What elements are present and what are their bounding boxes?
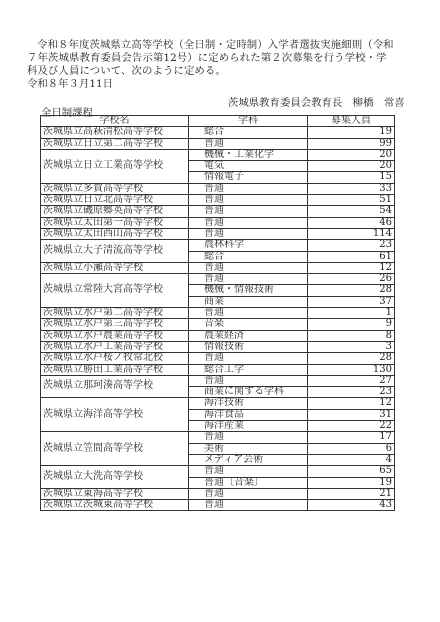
table-row: 茨城県立東海高等学校普通21 — [41, 488, 395, 499]
table-row: 茨城県立日立第二高等学校普通99 — [41, 138, 395, 149]
department-name: 普通 — [189, 308, 308, 319]
school-name: 茨城県立東海高等学校 — [41, 488, 189, 499]
recruitment-count: 17 — [308, 432, 395, 443]
table-row: 茨城県立茨城東高等学校普通43 — [41, 500, 395, 511]
table-row: 茨城県立海洋高等学校海洋技術12 — [41, 398, 395, 409]
department-name: 美術 — [189, 443, 308, 454]
recruitment-count: 43 — [308, 500, 395, 511]
department-name: 普通 — [189, 138, 308, 149]
recruitment-count: 12 — [308, 398, 395, 409]
department-name: 農業経済 — [189, 330, 308, 341]
department-name: 機械・情報技術 — [189, 285, 308, 296]
department-name: 農林科学 — [189, 240, 308, 251]
department-name: 機械・工業化学 — [189, 149, 308, 160]
recruitment-count: 3 — [308, 341, 395, 352]
recruitment-count: 61 — [308, 251, 395, 262]
department-name: 普通 — [189, 228, 308, 239]
table-row: 茨城県立勝田工業高等学校総合工学130 — [41, 364, 395, 375]
school-name: 茨城県立大洗高等学校 — [41, 466, 189, 489]
recruitment-count: 26 — [308, 274, 395, 285]
school-name: 茨城県立那珂湊高等学校 — [41, 375, 189, 398]
recruitment-count: 6 — [308, 443, 395, 454]
department-name: 海洋技術 — [189, 398, 308, 409]
department-name: 電気 — [189, 161, 308, 172]
recruitment-count: 22 — [308, 421, 395, 432]
school-name: 茨城県立日立工業高等学校 — [41, 149, 189, 183]
header-school: 学校名 — [41, 116, 189, 127]
table-row: 茨城県立水戸桜ノ牧常北校普通28 — [41, 353, 395, 364]
department-name: 情報電子 — [189, 172, 308, 183]
department-name: 普通 — [189, 500, 308, 511]
school-name: 茨城県立日立北高等学校 — [41, 195, 189, 206]
department-name: メディア芸術 — [189, 454, 308, 465]
school-name: 茨城県立多賀高等学校 — [41, 183, 189, 194]
recruitment-count: 54 — [308, 206, 395, 217]
recruitment-count: 130 — [308, 364, 395, 375]
department-name: 海洋産業 — [189, 421, 308, 432]
recruitment-count: 28 — [308, 353, 395, 364]
school-name: 茨城県立太田西山高等学校 — [41, 228, 189, 239]
department-name: 普通 — [189, 206, 308, 217]
recruitment-count: 114 — [308, 228, 395, 239]
table-row: 茨城県立磯原郷英高等学校普通54 — [41, 206, 395, 217]
department-name: 普通 — [189, 488, 308, 499]
table-row: 茨城県立水戸工業高等学校情報技術3 — [41, 341, 395, 352]
table-row: 茨城県立那珂湊高等学校普通27 — [41, 375, 395, 386]
header-count: 募集人員 — [308, 116, 395, 127]
table-header-row: 学校名 学科 募集人員 — [41, 116, 395, 127]
school-name: 茨城県立海洋高等学校 — [41, 398, 189, 432]
recruitment-count: 20 — [308, 161, 395, 172]
department-name: 音楽 — [189, 319, 308, 330]
department-name: 普通 — [189, 195, 308, 206]
school-name: 茨城県立水戸工業高等学校 — [41, 341, 189, 352]
recruitment-count: 12 — [308, 262, 395, 273]
recruitment-count: 1 — [308, 308, 395, 319]
recruitment-count: 19 — [308, 477, 395, 488]
recruitment-count: 27 — [308, 375, 395, 386]
recruitment-count: 23 — [308, 387, 395, 398]
school-name: 茨城県立太田第一高等学校 — [41, 217, 189, 228]
department-name: 総合 — [189, 127, 308, 138]
school-name: 茨城県立水戸桜ノ牧常北校 — [41, 353, 189, 364]
notice-text: 令和８年度茨城県立高等学校（全日制・定時制）入学者選抜実施細則（令和７年茨城県教… — [27, 39, 394, 77]
school-name: 茨城県立水戸第二高等学校 — [41, 308, 189, 319]
school-name: 茨城県立小瀬高等学校 — [41, 262, 189, 273]
department-name: 普通 — [189, 262, 308, 273]
recruitment-count: 65 — [308, 466, 395, 477]
table-row: 茨城県立日立北高等学校普通51 — [41, 195, 395, 206]
recruitment-count: 9 — [308, 319, 395, 330]
table-row: 茨城県立水戸第三高等学校音楽9 — [41, 319, 395, 330]
school-name: 茨城県立高萩清松高等学校 — [41, 127, 189, 138]
school-name: 茨城県立常陸大宮高等学校 — [41, 274, 189, 308]
department-name: 商業に関する学科 — [189, 387, 308, 398]
table-row: 茨城県立日立工業高等学校機械・工業化学20 — [41, 149, 395, 160]
school-name: 茨城県立笠間高等学校 — [41, 432, 189, 466]
recruitment-count: 21 — [308, 488, 395, 499]
department-name: 普通 — [189, 353, 308, 364]
recruitment-table: 学校名 学科 募集人員 茨城県立高萩清松高等学校総合19茨城県立日立第二高等学校… — [40, 115, 395, 511]
table-row: 茨城県立多賀高等学校普通33 — [41, 183, 395, 194]
department-name: 情報技術 — [189, 341, 308, 352]
notice-date: 令和８年３月11日 — [27, 78, 113, 91]
department-name: 総合工学 — [189, 364, 308, 375]
department-name: 普通 — [189, 432, 308, 443]
table-row: 茨城県立太田西山高等学校普通114 — [41, 228, 395, 239]
table-row: 茨城県立小瀬高等学校普通12 — [41, 262, 395, 273]
table-row: 茨城県立水戸農業高等学校農業経済8 — [41, 330, 395, 341]
table-row: 茨城県立水戸第二高等学校普通1 — [41, 308, 395, 319]
department-name: 総合 — [189, 251, 308, 262]
notice-paragraph: 令和８年度茨城県立高等学校（全日制・定時制）入学者選抜実施細則（令和７年茨城県教… — [27, 39, 397, 79]
header-department: 学科 — [189, 116, 308, 127]
recruitment-count: 33 — [308, 183, 395, 194]
recruitment-count: 19 — [308, 127, 395, 138]
table-row: 茨城県立太田第一高等学校普通46 — [41, 217, 395, 228]
recruitment-count: 20 — [308, 149, 395, 160]
table-row: 茨城県立大子清流高等学校農林科学23 — [41, 240, 395, 251]
table-row: 茨城県立大洗高等学校普通65 — [41, 466, 395, 477]
school-name: 茨城県立磯原郷英高等学校 — [41, 206, 189, 217]
school-name: 茨城県立大子清流高等学校 — [41, 240, 189, 263]
department-name: 普通 — [189, 274, 308, 285]
table-row: 茨城県立笠間高等学校普通17 — [41, 432, 395, 443]
department-name: 商業 — [189, 296, 308, 307]
table-row: 茨城県立高萩清松高等学校総合19 — [41, 127, 395, 138]
school-name: 茨城県立水戸第三高等学校 — [41, 319, 189, 330]
recruitment-count: 31 — [308, 409, 395, 420]
recruitment-count: 23 — [308, 240, 395, 251]
recruitment-count: 4 — [308, 454, 395, 465]
recruitment-count: 51 — [308, 195, 395, 206]
notice-signature: 茨城県教育委員会教育長 柳橋 常喜 — [228, 97, 405, 110]
department-name: 普通 — [189, 375, 308, 386]
recruitment-count: 46 — [308, 217, 395, 228]
school-name: 茨城県立水戸農業高等学校 — [41, 330, 189, 341]
recruitment-count: 15 — [308, 172, 395, 183]
department-name: 普通 — [189, 217, 308, 228]
department-name: 普通 — [189, 466, 308, 477]
recruitment-count: 99 — [308, 138, 395, 149]
recruitment-count: 37 — [308, 296, 395, 307]
recruitment-count: 28 — [308, 285, 395, 296]
department-name: 普通 — [189, 183, 308, 194]
recruitment-count: 8 — [308, 330, 395, 341]
table-row: 茨城県立常陸大宮高等学校普通26 — [41, 274, 395, 285]
department-name: 普通〔音楽〕 — [189, 477, 308, 488]
table-body: 茨城県立高萩清松高等学校総合19茨城県立日立第二高等学校普通99茨城県立日立工業… — [41, 127, 395, 511]
school-name: 茨城県立日立第二高等学校 — [41, 138, 189, 149]
department-name: 海洋食品 — [189, 409, 308, 420]
school-name: 茨城県立茨城東高等学校 — [41, 500, 189, 511]
school-name: 茨城県立勝田工業高等学校 — [41, 364, 189, 375]
